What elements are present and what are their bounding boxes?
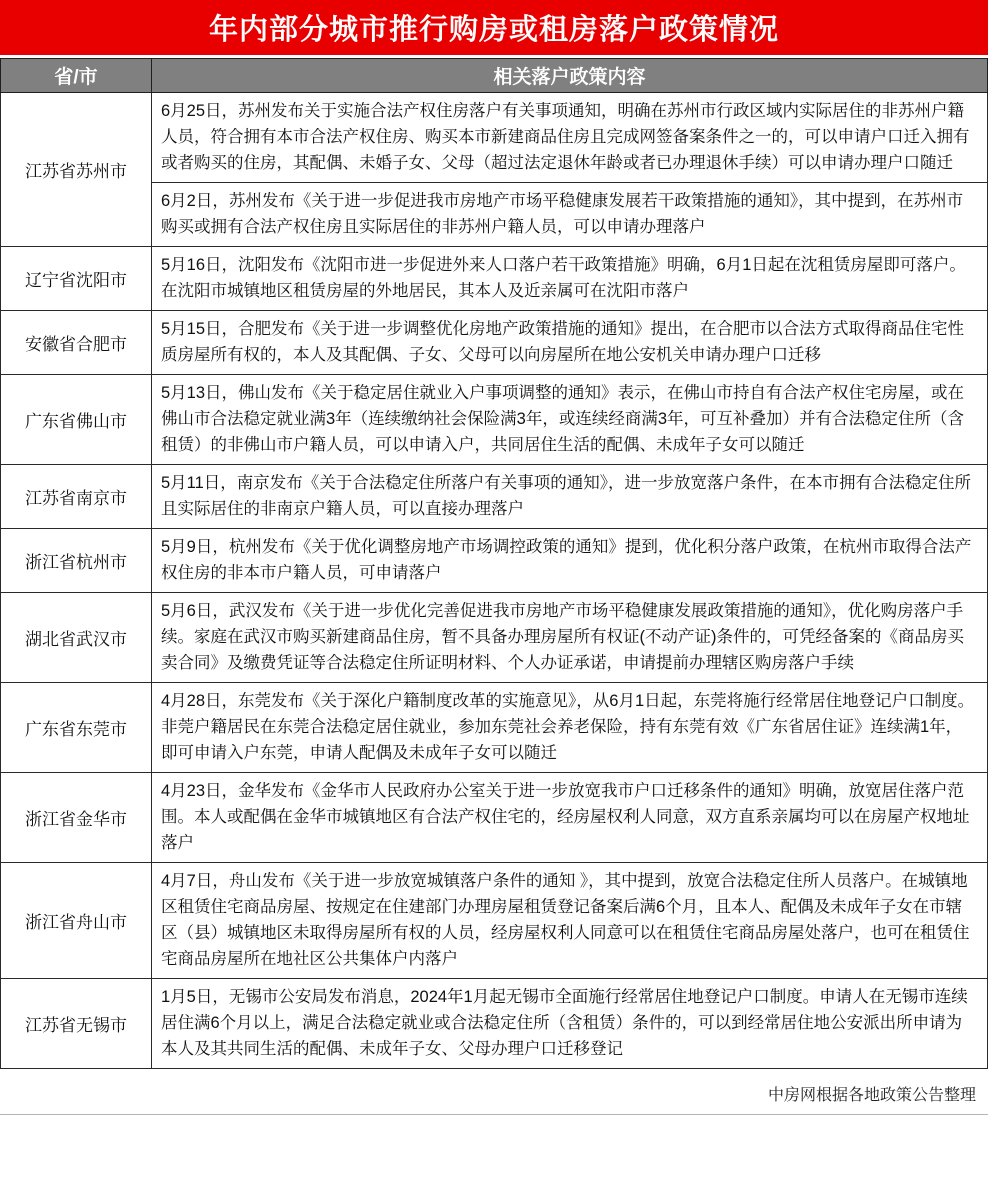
city-cell-jinhua: 浙江省金华市 [1,773,152,863]
city-cell-suzhou: 江苏省苏州市 [1,93,152,247]
city-cell-zhoushan: 浙江省舟山市 [1,863,152,979]
table-row: 安徽省合肥市 5月15日，合肥发布《关于进一步调整优化房地产政策措施的通知》提出… [1,311,988,375]
policy-cell: 5月16日，沈阳发布《沈阳市进一步促进外来人口落户若干政策措施》明确，6月1日起… [152,247,988,311]
policy-cell: 5月11日，南京发布《关于合法稳定住所落户有关事项的通知》，进一步放宽落户条件，… [152,465,988,529]
column-header-city: 省/市 [1,59,152,93]
table-row: 湖北省武汉市 5月6日，武汉发布《关于进一步优化完善促进我市房地产市场平稳健康发… [1,593,988,683]
table-row: 广东省东莞市 4月28日，东莞发布《关于深化户籍制度改革的实施意见》，从6月1日… [1,683,988,773]
policy-cell: 5月9日，杭州发布《关于优化调整房地产市场调控政策的通知》提到，优化积分落户政策… [152,529,988,593]
table-row: 浙江省金华市 4月23日，金华发布《金华市人民政府办公室关于进一步放宽我市户口迁… [1,773,988,863]
table-row: 江苏省无锡市 1月5日，无锡市公安局发布消息，2024年1月起无锡市全面施行经常… [1,979,988,1069]
table-row: 江苏省南京市 5月11日，南京发布《关于合法稳定住所落户有关事项的通知》，进一步… [1,465,988,529]
city-cell-foshan: 广东省佛山市 [1,375,152,465]
policy-cell: 4月23日，金华发布《金华市人民政府办公室关于进一步放宽我市户口迁移条件的通知》… [152,773,988,863]
city-cell-wuhan: 湖北省武汉市 [1,593,152,683]
column-header-policy: 相关落户政策内容 [152,59,988,93]
policy-cell: 5月15日，合肥发布《关于进一步调整优化房地产政策措施的通知》提出，在合肥市以合… [152,311,988,375]
policy-table: 省/市 相关落户政策内容 江苏省苏州市 6月25日，苏州发布关于实施合法产权住房… [0,58,988,1069]
city-cell-dongguan: 广东省东莞市 [1,683,152,773]
policy-cell: 5月6日，武汉发布《关于进一步优化完善促进我市房地产市场平稳健康发展政策措施的通… [152,593,988,683]
table-row: 广东省佛山市 5月13日，佛山发布《关于稳定居住就业入户事项调整的通知》表示，在… [1,375,988,465]
header-row: 省/市 相关落户政策内容 [1,59,988,93]
table-row: 浙江省杭州市 5月9日，杭州发布《关于优化调整房地产市场调控政策的通知》提到，优… [1,529,988,593]
city-cell-nanjing: 江苏省南京市 [1,465,152,529]
city-cell-shenyang: 辽宁省沈阳市 [1,247,152,311]
city-cell-wuxi: 江苏省无锡市 [1,979,152,1069]
policy-cell: 4月28日，东莞发布《关于深化户籍制度改革的实施意见》，从6月1日起，东莞将施行… [152,683,988,773]
policy-cell: 6月25日，苏州发布关于实施合法产权住房落户有关事项通知，明确在苏州市行政区域内… [152,93,988,183]
table-row: 辽宁省沈阳市 5月16日，沈阳发布《沈阳市进一步促进外来人口落户若干政策措施》明… [1,247,988,311]
source-attribution: 中房网根据各地政策公告整理 [0,1069,988,1115]
page-title: 年内部分城市推行购房或租房落户政策情况 [0,0,988,55]
city-cell-hefei: 安徽省合肥市 [1,311,152,375]
policy-cell: 1月5日，无锡市公安局发布消息，2024年1月起无锡市全面施行经常居住地登记户口… [152,979,988,1069]
policy-cell: 4月7日，舟山发布《关于进一步放宽城镇落户条件的通知 》，其中提到，放宽合法稳定… [152,863,988,979]
table-row: 浙江省舟山市 4月7日，舟山发布《关于进一步放宽城镇落户条件的通知 》，其中提到… [1,863,988,979]
policy-cell: 6月2日，苏州发布《关于进一步促进我市房地产市场平稳健康发展若干政策措施的通知》… [152,183,988,247]
table-row: 江苏省苏州市 6月25日，苏州发布关于实施合法产权住房落户有关事项通知，明确在苏… [1,93,988,183]
city-cell-hangzhou: 浙江省杭州市 [1,529,152,593]
policy-cell: 5月13日，佛山发布《关于稳定居住就业入户事项调整的通知》表示，在佛山市持自有合… [152,375,988,465]
infographic-page: 年内部分城市推行购房或租房落户政策情况 省/市 相关落户政策内容 江苏省苏州市 … [0,0,988,1115]
